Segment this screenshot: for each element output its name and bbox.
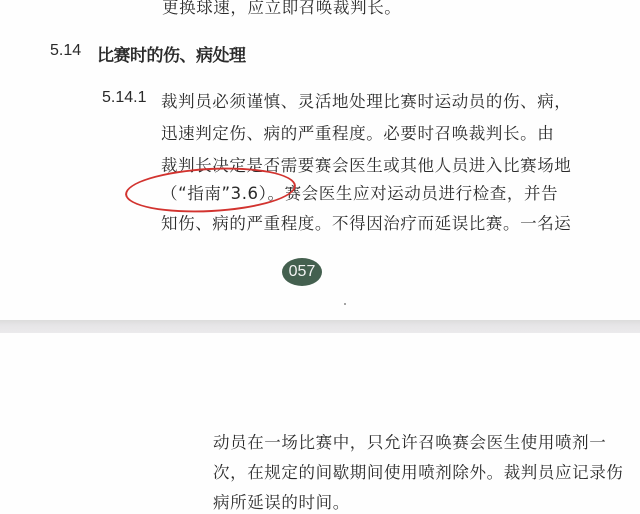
document-page-057: 更换球速，应立即召唤裁判长。 5.14 比赛时的伤、病处理 5.14.1 裁判员…: [0, 0, 640, 320]
clause-number: 5.14.1: [102, 89, 146, 107]
red-circle-annotation: [124, 164, 297, 217]
document-page-next: 动员在一场比赛中，只允许召唤赛会医生使用喷剂一 次，在规定的间歇期间使用喷剂除外…: [0, 333, 640, 514]
scan-speck: [344, 303, 346, 305]
section-title: 比赛时的伤、病处理: [97, 41, 246, 66]
prev-paragraph-line: 更换球速，应立即召唤裁判长。: [162, 0, 401, 18]
clause-line: 裁判员必须谨慎、灵活地处理比赛时运动员的伤、病，: [161, 88, 571, 112]
paragraph-line: 次，在规定的间歇期间使用喷剂除外。裁判员应记录伤: [213, 459, 623, 483]
page-number-badge: 057: [282, 258, 322, 286]
paragraph-line: 病所延误的时间。: [213, 489, 350, 513]
section-number: 5.14: [50, 42, 81, 60]
clause-line: 知伤、病的严重程度。不得因治疗而延误比赛。一名运: [161, 210, 571, 234]
page-divider: [0, 320, 640, 333]
clause-line: 迅速判定伤、病的严重程度。必要时召唤裁判长。由: [161, 120, 554, 144]
paragraph-line: 动员在一场比赛中，只允许召唤赛会医生使用喷剂一: [213, 429, 606, 453]
